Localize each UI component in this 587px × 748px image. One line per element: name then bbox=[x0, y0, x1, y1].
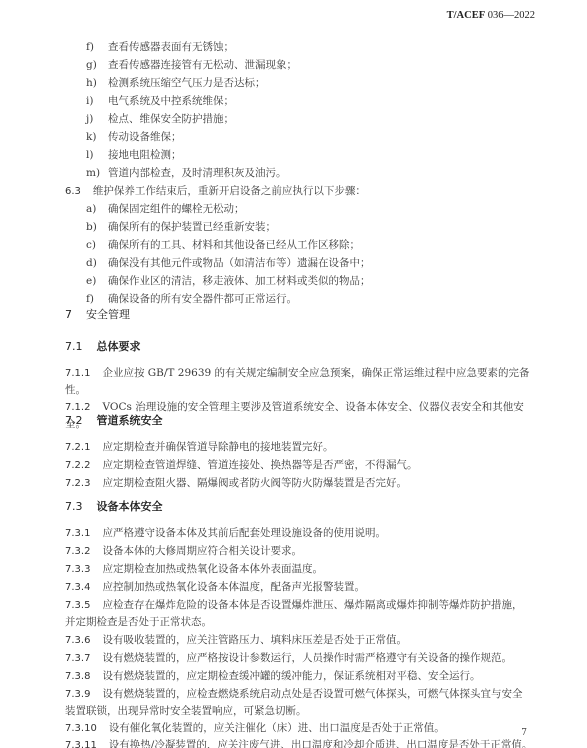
list-text: 电气系统及中控系统维保； bbox=[108, 94, 234, 108]
clause: 7.2.3应定期检查阻火器、隔爆阀或者防火阀等防火防爆装置是否完好。 bbox=[65, 476, 407, 491]
list-text: 管道内部检查，及时清理积灰及油污。 bbox=[108, 166, 287, 180]
clause-text: 设有燃烧装置的，应严格按设计参数运行，人员操作时需严格遵守有关设备的操作规范。 bbox=[102, 652, 512, 664]
clause-text: 应定期检查阻火器、隔爆阀或者防火阀等防火防爆装置是否完好。 bbox=[102, 477, 407, 489]
clause-number: 7.2.2 bbox=[65, 460, 90, 471]
clause: 7.3.5应检查存在爆炸危险的设备本体是否设置爆炸泄压、爆炸隔离或爆炸抑制等爆炸… bbox=[65, 598, 522, 613]
clause-text: 企业应按 GB/T 29639 的有关规定编制安全应急预案，确保正常运维过程中应… bbox=[102, 367, 529, 379]
list-label: c) bbox=[86, 238, 96, 252]
list-label: e) bbox=[86, 274, 96, 288]
clause-number: 6.3 bbox=[65, 186, 81, 197]
list-label: f) bbox=[86, 292, 94, 306]
clause-number: 7.3.3 bbox=[65, 564, 90, 575]
clause-number: 7.3.10 bbox=[65, 723, 97, 734]
list-text: 确保所有的工具、材料和其他设备已经从工作区移除； bbox=[108, 238, 360, 252]
list-text: 查看传感器表面有无锈蚀； bbox=[108, 40, 234, 54]
clause: 7.2.1应定期检查并确保管道导除静电的接地装置完好。 bbox=[65, 440, 333, 455]
list-text: 确保作业区的清洁，移走液体、加工材料或类似的物品； bbox=[108, 274, 371, 288]
clause-number: 7.3.8 bbox=[65, 671, 90, 682]
list-label: l) bbox=[86, 148, 93, 162]
clause: 7.3.7设有燃烧装置的，应严格按设计参数运行，人员操作时需严格遵守有关设备的操… bbox=[65, 651, 512, 666]
list-text: 确保没有其他元件或物品（如清洁布等）遗漏在设备中； bbox=[108, 256, 371, 270]
clause: 7.3.3应定期检查加热或热氧化设备本体外表面温度。 bbox=[65, 562, 323, 577]
clause-number: 7.3.1 bbox=[65, 528, 90, 539]
list-text: 传动设备维保； bbox=[108, 130, 182, 144]
clause-number: 7.3.9 bbox=[65, 689, 90, 700]
page-number: 7 bbox=[521, 728, 527, 738]
clause-6-3: 6.3维护保养工作结束后，重新开启设备之前应执行以下步骤： bbox=[65, 184, 366, 199]
clause-number: 7.2.1 bbox=[65, 442, 90, 453]
section-heading: 7.2管道系统安全 bbox=[65, 414, 163, 428]
standard-number: 036—2022 bbox=[488, 10, 535, 21]
list-text: 检点、维保安全防护措施； bbox=[108, 112, 234, 126]
list-text: 接地电阻检测； bbox=[108, 148, 182, 162]
clause: 7.3.2设备本体的大修周期应符合相关设计要求。 bbox=[65, 544, 302, 559]
clause: 7.3.9设有燃烧装置的，应检查燃烧系统启动点处是否设置可燃气体探头，可燃气体探… bbox=[65, 687, 522, 702]
list-text: 确保所有的保护装置已经重新安装； bbox=[108, 220, 276, 234]
list-label: d) bbox=[86, 256, 97, 270]
list-label: i) bbox=[86, 94, 93, 108]
clause-text: VOCs 治理设施的安全管理主要涉及管道系统安全、设备本体安全、仪器仪表安全和其… bbox=[102, 401, 523, 413]
clause-text: 设有燃烧装置的，应定期检查缓冲罐的缓冲能力，保证系统相对平稳、安全运行。 bbox=[102, 670, 480, 682]
chapter-number: 7 bbox=[65, 308, 72, 321]
clause-text: 应严格遵守设备本体及其前后配套处理设施设备的使用说明。 bbox=[102, 527, 386, 539]
clause: 7.3.10设有催化氧化装置的，应关注催化（床）进、出口温度是否处于正常值。 bbox=[65, 721, 445, 736]
clause-continuation: 并定期检查是否处于正常状态。 bbox=[65, 615, 212, 629]
list-label: j) bbox=[86, 112, 93, 126]
list-text: 检测系统压缩空气压力是否达标； bbox=[108, 76, 266, 90]
clause-text: 应控制加热或热氧化设备本体温度，配备声光报警装置。 bbox=[102, 581, 365, 593]
clause-number: 7.3.11 bbox=[65, 740, 97, 748]
clause: 7.3.11设有换热/冷凝装置的，应关注废气进、出口温度和冷却介质进、出口温度是… bbox=[65, 738, 532, 748]
clause-text: 应定期检查管道焊缝、管道连接处、换热器等是否严密，不得漏气。 bbox=[102, 459, 417, 471]
section-title: 总体要求 bbox=[97, 340, 141, 353]
clause-number: 7.2.3 bbox=[65, 478, 90, 489]
clause-number: 7.1.1 bbox=[65, 368, 90, 379]
standard-header: T/ACEF 036—2022 bbox=[447, 10, 535, 21]
clause-text: 应定期检查加热或热氧化设备本体外表面温度。 bbox=[102, 563, 323, 575]
clause-continuation: 装置联锁，出现异常时安全装置响应，可紧急切断。 bbox=[65, 704, 307, 718]
clause: 7.3.4应控制加热或热氧化设备本体温度，配备声光报警装置。 bbox=[65, 580, 365, 595]
list-label: m) bbox=[86, 166, 100, 180]
section-number: 7.2 bbox=[65, 414, 83, 427]
clause-number: 7.3.6 bbox=[65, 635, 90, 646]
document-page: T/ACEF 036—2022 f)查看传感器表面有无锈蚀； g)查看传感器连接… bbox=[0, 0, 587, 748]
clause-text: 应定期检查并确保管道导除静电的接地装置完好。 bbox=[102, 441, 333, 453]
section-title: 设备本体安全 bbox=[97, 500, 163, 513]
list-label: k) bbox=[86, 130, 96, 144]
clause-number: 7.3.4 bbox=[65, 582, 90, 593]
clause: 7.3.1应严格遵守设备本体及其前后配套处理设施设备的使用说明。 bbox=[65, 526, 386, 541]
standard-code: T/ACEF bbox=[447, 10, 486, 21]
clause-text: 设有燃烧装置的，应检查燃烧系统启动点处是否设置可燃气体探头，可燃气体探头宜与安全 bbox=[102, 688, 522, 700]
clause-text: 设有催化氧化装置的，应关注催化（床）进、出口温度是否处于正常值。 bbox=[109, 722, 445, 734]
clause-number: 7.3.7 bbox=[65, 653, 90, 664]
list-label: g) bbox=[86, 58, 97, 72]
list-label: a) bbox=[86, 202, 96, 216]
section-heading: 7.3设备本体安全 bbox=[65, 500, 163, 514]
list-text: 查看传感器连接管有无松动、泄漏现象； bbox=[108, 58, 297, 72]
section-number: 7.3 bbox=[65, 500, 83, 513]
clause-text: 应检查存在爆炸危险的设备本体是否设置爆炸泄压、爆炸隔离或爆炸抑制等爆炸防护措施， bbox=[102, 599, 522, 611]
clause: 7.1.2VOCs 治理设施的安全管理主要涉及管道系统安全、设备本体安全、仪器仪… bbox=[65, 400, 524, 415]
list-label: f) bbox=[86, 40, 94, 54]
chapter-title: 安全管理 bbox=[86, 308, 130, 321]
section-heading: 7.1总体要求 bbox=[65, 340, 141, 354]
clause-text: 设备本体的大修周期应符合相关设计要求。 bbox=[102, 545, 302, 557]
list-text: 确保固定组件的螺栓无松动； bbox=[108, 202, 245, 216]
section-number: 7.1 bbox=[65, 340, 83, 353]
list-text: 确保设备的所有安全器件都可正常运行。 bbox=[108, 292, 297, 306]
clause-number: 7.3.5 bbox=[65, 600, 90, 611]
clause: 7.3.8设有燃烧装置的，应定期检查缓冲罐的缓冲能力，保证系统相对平稳、安全运行… bbox=[65, 669, 480, 684]
clause-text: 维护保养工作结束后，重新开启设备之前应执行以下步骤： bbox=[93, 185, 366, 197]
clause: 7.1.1企业应按 GB/T 29639 的有关规定编制安全应急预案，确保正常运… bbox=[65, 366, 530, 381]
chapter-heading: 7安全管理 bbox=[65, 308, 130, 322]
clause: 7.3.6设有吸收装置的，应关注管路压力、填料床压差是否处于正常值。 bbox=[65, 633, 407, 648]
clause-text: 设有换热/冷凝装置的，应关注废气进、出口温度和冷却介质进、出口温度是否处于正常值… bbox=[109, 739, 533, 748]
list-label: b) bbox=[86, 220, 97, 234]
clause-continuation: 性。 bbox=[65, 383, 86, 397]
clause-text: 设有吸收装置的，应关注管路压力、填料床压差是否处于正常值。 bbox=[102, 634, 407, 646]
list-label: h) bbox=[86, 76, 97, 90]
section-title: 管道系统安全 bbox=[97, 414, 163, 427]
clause: 7.2.2应定期检查管道焊缝、管道连接处、换热器等是否严密，不得漏气。 bbox=[65, 458, 417, 473]
clause-number: 7.1.2 bbox=[65, 402, 90, 413]
clause-number: 7.3.2 bbox=[65, 546, 90, 557]
